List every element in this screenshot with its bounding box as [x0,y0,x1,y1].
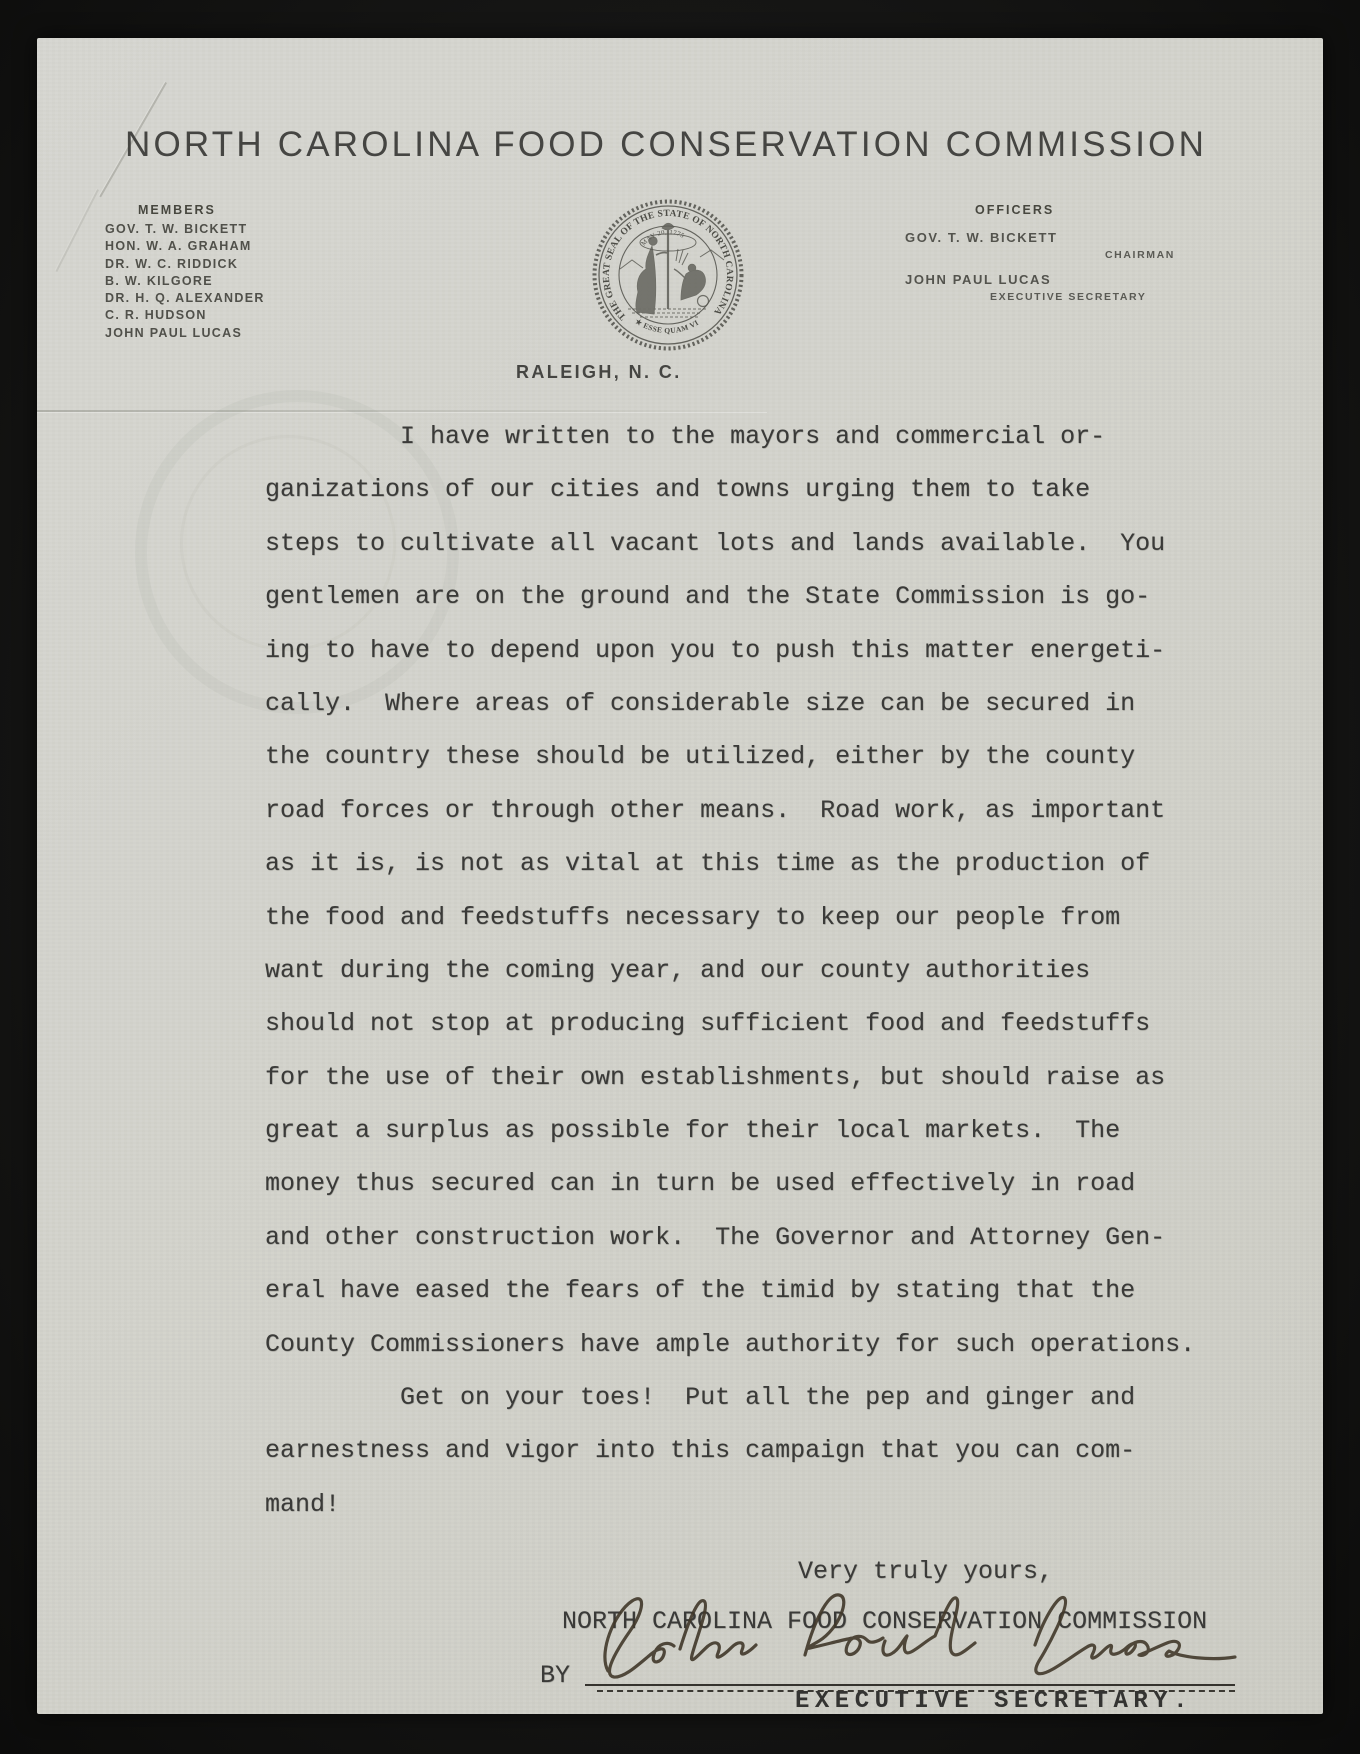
members-heading: MEMBERS [138,203,216,217]
body-line: mand! [265,1491,1195,1544]
member-item: JOHN PAUL LUCAS [105,326,265,343]
body-line: the food and feedstuffs necessary to kee… [265,904,1195,957]
officer-secretary-title: EXECUTIVE SECRETARY [990,291,1146,303]
body-line: the country these should be utilized, ei… [265,743,1195,796]
signature-john-paul-lucas: John Paul Lucas [580,1583,1245,1698]
valediction: Very truly yours, [798,1558,1053,1586]
member-item: DR. H. Q. ALEXANDER [105,291,265,308]
letterhead-title: NORTH CAROLINA FOOD CONSERVATION COMMISS… [125,125,1207,165]
body-line: I have written to the mayors and commerc… [265,423,1195,476]
member-item: B. W. KILGORE [105,274,265,291]
body-line: and other construction work. The Governo… [265,1224,1195,1277]
body-line: Get on your toes! Put all the pep and gi… [265,1384,1195,1437]
letterhead-place: RALEIGH, N. C. [516,362,682,383]
officers-heading: OFFICERS [975,203,1054,217]
fold-crease-horizontal [37,410,767,412]
body-line: as it is, is not as vital at this time a… [265,850,1195,903]
state-seal-icon: THE GREAT SEAL OF THE STATE OF NORTH CAR… [590,197,746,353]
body-line: gentlemen are on the ground and the Stat… [265,583,1195,636]
signer-title: EXECUTIVE SECRETARY. [795,1688,1193,1715]
body-line: ing to have to depend upon you to push t… [265,637,1195,690]
photo-background: NORTH CAROLINA FOOD CONSERVATION COMMISS… [0,0,1360,1754]
body-line: should not stop at producing sufficient … [265,1010,1195,1063]
svg-text:MAY 20, 1775: MAY 20, 1775 [640,229,685,247]
member-item: DR. W. C. RIDDICK [105,257,265,274]
letter-paper: NORTH CAROLINA FOOD CONSERVATION COMMISS… [37,38,1323,1714]
body-line: eral have eased the fears of the timid b… [265,1277,1195,1330]
officer-chairman-name: GOV. T. W. BICKETT [905,230,1058,245]
seal-date-text: MAY 20, 1775 [640,229,685,247]
body-line: great a surplus as possible for their lo… [265,1117,1195,1170]
officer-secretary-name: JOHN PAUL LUCAS [905,272,1051,287]
fold-crease-top-left-2 [56,189,99,272]
seal-figures [620,223,724,317]
members-list: GOV. T. W. BICKETT HON. W. A. GRAHAM DR.… [105,222,265,343]
body-line: earnestness and vigor into this campaign… [265,1437,1195,1490]
body-line: cally. Where areas of considerable size … [265,690,1195,743]
member-item: C. R. HUDSON [105,308,265,325]
body-line: County Commissioners have ample authorit… [265,1331,1195,1384]
member-item: HON. W. A. GRAHAM [105,239,265,256]
officer-chairman-title: CHAIRMAN [1105,249,1175,261]
by-label: BY [540,1662,570,1690]
letter-body: I have written to the mayors and commerc… [265,423,1195,1544]
body-line: want during the coming year, and our cou… [265,957,1195,1010]
body-line: for the use of their own establishments,… [265,1064,1195,1117]
body-line: money thus secured can in turn be used e… [265,1170,1195,1223]
body-line: steps to cultivate all vacant lots and l… [265,530,1195,583]
member-item: GOV. T. W. BICKETT [105,222,265,239]
body-line: ganizations of our cities and towns urgi… [265,476,1195,529]
body-line: road forces or through other means. Road… [265,797,1195,850]
